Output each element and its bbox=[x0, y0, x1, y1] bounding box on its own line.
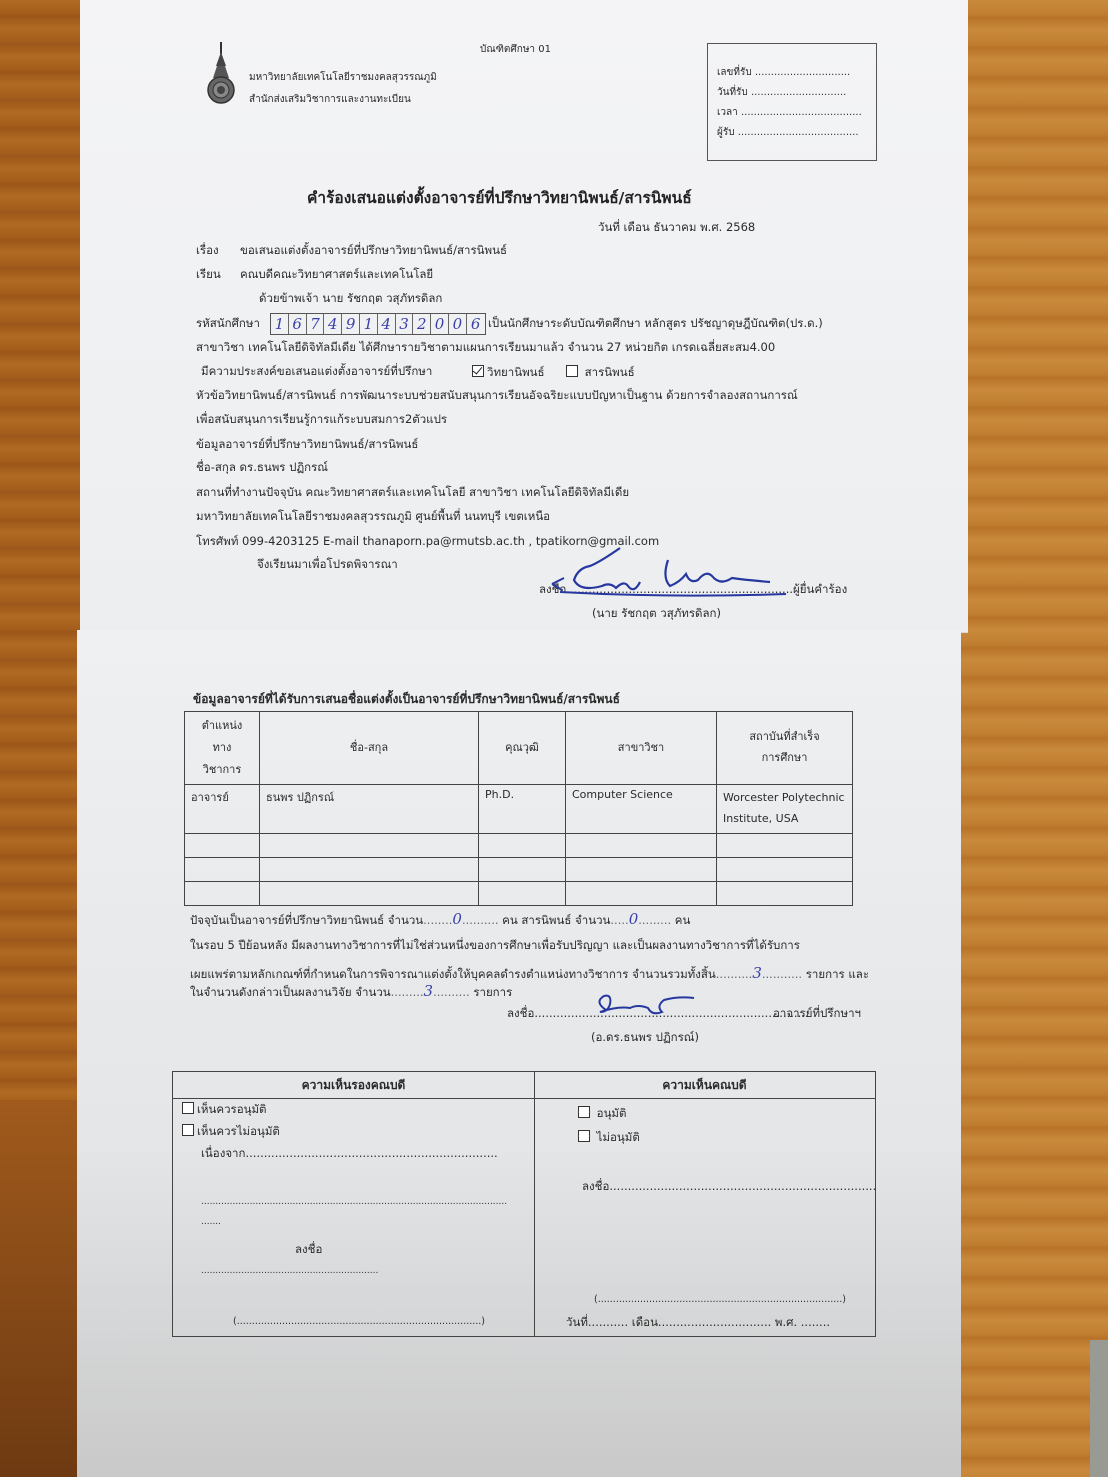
applicant-signature bbox=[550, 540, 790, 605]
student-id-digit: 0 bbox=[431, 314, 449, 334]
student-id-field[interactable]: 167491432006 bbox=[270, 313, 486, 335]
thesis-count: 0 bbox=[452, 910, 462, 928]
deputy-option-approve[interactable]: เห็นควรอนุมัติ bbox=[182, 1102, 267, 1117]
thesis-option-label: วิทยานิพนธ์ bbox=[487, 365, 545, 379]
student-id-digit: 3 bbox=[396, 314, 414, 334]
student-id-digit: 4 bbox=[324, 314, 342, 334]
advisor-name-signature: (อ.ดร.ธนพร ปฏิกรณ์) bbox=[591, 1031, 699, 1045]
deputy-name-field[interactable]: (.......................................… bbox=[233, 1316, 485, 1327]
table-heading: ข้อมูลอาจารย์ที่ได้รับการเสนอชื่อแต่งตั้… bbox=[193, 692, 620, 706]
current-load-line: ปัจจุบันเป็นอาจารย์ที่ปรึกษาวิทยานิพนธ์ … bbox=[190, 910, 690, 928]
deputy-dean-opinion: ความเห็นรองคณบดี เห็นควรอนุมัติ เห็นควรไ… bbox=[173, 1072, 535, 1336]
deputy-reason-line-2[interactable]: ........................................… bbox=[201, 1197, 507, 1208]
workplace-line-2: มหาวิทยาลัยเทคโนโลยีราชมงคลสุวรรณภูมิ ศู… bbox=[196, 510, 550, 524]
thesis-topic-line-2: เพื่อสนับสนุนการเรียนรู้การแก้ระบบสมการ2… bbox=[196, 413, 447, 427]
deputy-reason-field[interactable]: เนื่องจาก...............................… bbox=[201, 1147, 498, 1161]
subject-label: เรื่อง bbox=[196, 244, 219, 258]
cell-name: ธนพร ปฏิกรณ์ bbox=[260, 785, 479, 834]
form-code: บัณฑิตศึกษา 01 bbox=[480, 44, 551, 56]
dean-sign-field[interactable]: ลงชื่อ..................................… bbox=[582, 1180, 876, 1194]
receiver-field[interactable]: ผู้รับ .................................… bbox=[717, 125, 859, 140]
student-id-label: รหัสนักศึกษา bbox=[196, 317, 260, 331]
wooden-table-right bbox=[950, 0, 1108, 1477]
independent-study-option-label: สารนิพนธ์ bbox=[585, 365, 635, 379]
works-line-3: ในจำนวนดังกล่าวเป็นผลงานวิจัย จำนวน.....… bbox=[190, 982, 512, 1000]
receipt-date-field[interactable]: วันที่รับ .............................. bbox=[717, 85, 846, 100]
student-id-digit: 1 bbox=[271, 314, 289, 334]
deputy-approve-checkbox[interactable] bbox=[182, 1102, 194, 1114]
intro-text: ด้วยข้าพเจ้า นาย รัชกฤต วสุภัทรดิลก bbox=[259, 292, 442, 306]
works-line-1: ในรอบ 5 ปีย้อนหลัง มีผลงานทางวิชาการที่ไ… bbox=[190, 939, 800, 953]
advisor-info-heading: ข้อมูลอาจารย์ที่ปรึกษาวิทยานิพนธ์/สารนิพ… bbox=[196, 438, 418, 452]
table-row-empty bbox=[185, 881, 853, 905]
workplace-line-1: สถานที่ทำงานปัจจุบัน คณะวิทยาศาสตร์และเท… bbox=[196, 486, 629, 500]
cell-degree: Ph.D. bbox=[479, 785, 566, 834]
document-title: คำร้องเสนอแต่งตั้งอาจารย์ที่ปรึกษาวิทยาน… bbox=[307, 189, 692, 208]
subject-text: ขอเสนอแต่งตั้งอาจารย์ที่ปรึกษาวิทยานิพนธ… bbox=[240, 244, 507, 258]
column-header-name: ชื่อ-สกุล bbox=[260, 712, 479, 785]
student-id-digit: 4 bbox=[378, 314, 396, 334]
cell-major: Computer Science bbox=[566, 785, 717, 834]
deputy-option-reject[interactable]: เห็นควรไม่อนุมัติ bbox=[182, 1124, 280, 1139]
closing-text: จึงเรียนมาเพื่อโปรดพิจารณา bbox=[257, 558, 398, 572]
advisor-table: ตำแหน่งทางวิชาการ ชื่อ-สกุล คุณวุฒิ สาขา… bbox=[184, 711, 853, 906]
advisor-signature bbox=[590, 990, 700, 1020]
table-row-empty bbox=[185, 833, 853, 857]
student-id-digit: 2 bbox=[413, 314, 431, 334]
purpose-label: มีความประสงค์ขอเสนอแต่งตั้งอาจารย์ที่ปรึ… bbox=[201, 365, 432, 379]
major-line: สาขาวิชา เทคโนโลยีดิจิทัลมีเดีย ได้ศึกษา… bbox=[196, 341, 775, 355]
floor-corner bbox=[1090, 1340, 1108, 1477]
dean-option-reject[interactable]: ไม่อนุมัติ bbox=[578, 1130, 640, 1145]
cell-position: อาจารย์ bbox=[185, 785, 260, 834]
independent-study-checkbox[interactable] bbox=[566, 365, 578, 377]
dean-heading: ความเห็นคณบดี bbox=[534, 1072, 875, 1099]
approval-section: ความเห็นรองคณบดี เห็นควรอนุมัติ เห็นควรไ… bbox=[172, 1071, 876, 1337]
table-row-empty bbox=[185, 857, 853, 881]
column-header-degree: คุณวุฒิ bbox=[479, 712, 566, 785]
student-id-digit: 6 bbox=[467, 314, 485, 334]
works-total: 3 bbox=[752, 964, 762, 982]
purpose-option-thesis[interactable]: วิทยานิพนธ์ bbox=[472, 365, 545, 380]
thesis-checkbox[interactable] bbox=[472, 365, 484, 377]
column-header-institution: สถาบันที่สำเร็จการศึกษา bbox=[717, 712, 853, 785]
student-id-digit: 9 bbox=[342, 314, 360, 334]
advisor-name-line: ชื่อ-สกุล ดร.ธนพร ปฏิกรณ์ bbox=[196, 461, 328, 475]
wooden-table-left-shadow bbox=[0, 1100, 78, 1477]
dean-name-field[interactable]: (.......................................… bbox=[594, 1294, 846, 1305]
column-header-position: ตำแหน่งทางวิชาการ bbox=[185, 712, 260, 785]
date-line: วันที่ เดือน ธันวาคม พ.ศ. 2568 bbox=[598, 221, 755, 235]
receipt-time-field[interactable]: เวลา ...................................… bbox=[717, 105, 862, 120]
student-id-digit: 1 bbox=[360, 314, 378, 334]
student-id-digit: 7 bbox=[307, 314, 325, 334]
to-label: เรียน bbox=[196, 268, 221, 282]
receipt-number-field[interactable]: เลขที่รับ .............................. bbox=[717, 65, 850, 80]
table-row: อาจารย์ ธนพร ปฏิกรณ์ Ph.D. Computer Scie… bbox=[185, 785, 853, 834]
deputy-dean-heading: ความเห็นรองคณบดี bbox=[173, 1072, 534, 1099]
student-id-digit: 0 bbox=[449, 314, 467, 334]
column-header-major: สาขาวิชา bbox=[566, 712, 717, 785]
purpose-option-independent-study[interactable]: สารนิพนธ์ bbox=[566, 365, 635, 380]
program-text: เป็นนักศึกษาระดับบัณฑิตศึกษา หลักสูตร ปร… bbox=[488, 317, 823, 331]
deputy-reason-line-3[interactable]: ....... bbox=[201, 1217, 221, 1228]
receipt-box: เลขที่รับ ..............................… bbox=[707, 43, 877, 161]
dean-date-field[interactable]: วันที่........... เดือน.................… bbox=[566, 1316, 830, 1330]
applicant-role: ผู้ยื่นคำร้อง bbox=[793, 583, 847, 597]
to-text: คณบดีคณะวิทยาศาสตร์และเทคโนโลยี bbox=[240, 268, 433, 282]
university-seal-icon bbox=[207, 40, 235, 106]
deputy-reject-checkbox[interactable] bbox=[182, 1124, 194, 1136]
dean-reject-checkbox[interactable] bbox=[578, 1130, 590, 1142]
university-name: มหาวิทยาลัยเทคโนโลยีราชมงคลสุวรรณภูมิ bbox=[249, 72, 437, 84]
office-name: สำนักส่งเสริมวิชาการและงานทะเบียน bbox=[249, 94, 411, 106]
cell-institution: Worcester PolytechnicInstitute, USA bbox=[717, 785, 853, 834]
dean-opinion: ความเห็นคณบดี อนุมัติ ไม่อนุมัติ ลงชื่อ.… bbox=[534, 1072, 875, 1336]
works-line-2: เผยแพร่ตามหลักเกณฑ์ที่กำหนดในการพิจารณาแ… bbox=[190, 964, 869, 982]
independent-study-count: 0 bbox=[629, 910, 639, 928]
student-id-digit: 6 bbox=[289, 314, 307, 334]
thesis-topic-line-1: หัวข้อวิทยานิพนธ์/สารนิพนธ์ การพัฒนาระบบ… bbox=[196, 389, 798, 403]
dean-approve-checkbox[interactable] bbox=[578, 1106, 590, 1118]
works-research: 3 bbox=[424, 982, 434, 1000]
table-header-row: ตำแหน่งทางวิชาการ ชื่อ-สกุล คุณวุฒิ สาขา… bbox=[185, 712, 853, 785]
advisor-role: อาจารย์ที่ปรึกษาฯ bbox=[773, 1007, 861, 1021]
deputy-sign-field[interactable]: ........................................… bbox=[201, 1266, 378, 1277]
deputy-sign-label: ลงชื่อ bbox=[295, 1243, 322, 1257]
applicant-name: (นาย รัชกฤต วสุภัทรดิลก) bbox=[592, 607, 721, 621]
dean-option-approve[interactable]: อนุมัติ bbox=[578, 1106, 626, 1121]
